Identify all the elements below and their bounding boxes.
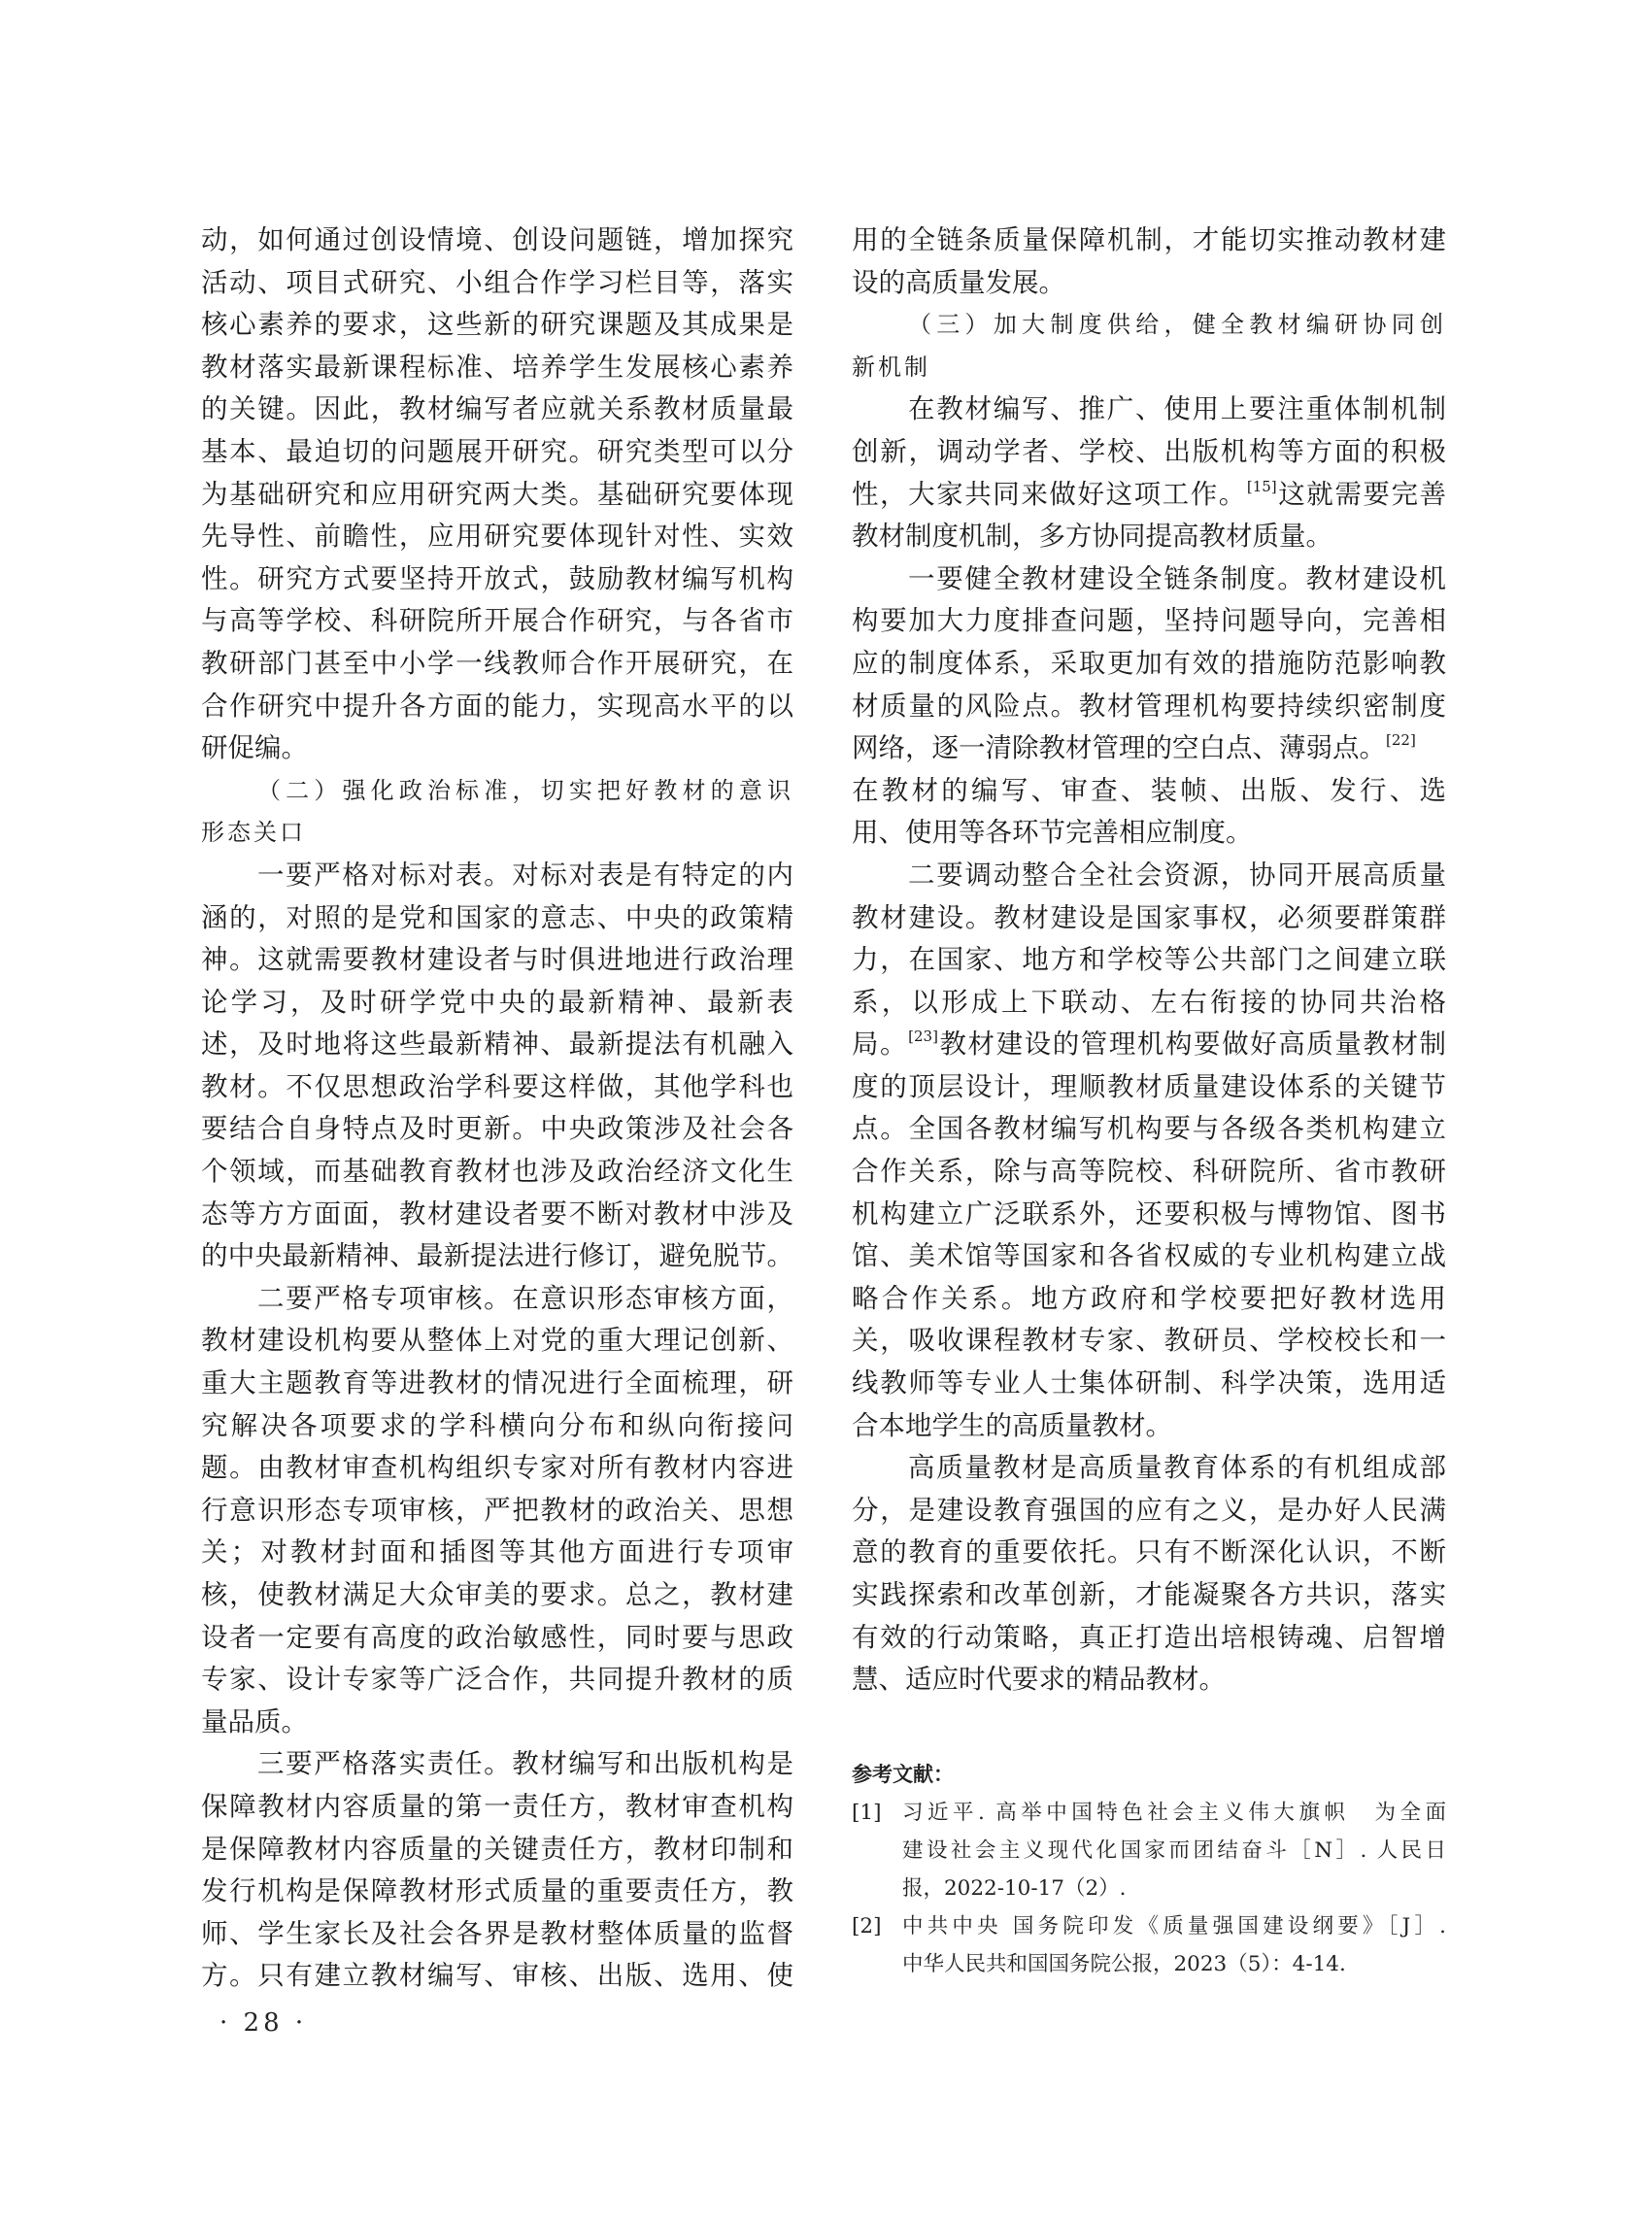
body-text-line: 度的顶层设计，理顺教材质量建设体系的关键节 [852, 1066, 1446, 1109]
reference-text: 习近平. 高举中国特色社会主义伟大旗帜 为全面 [902, 1794, 1446, 1832]
body-text-line: 神。这就需要教材建设者与时俱进地进行政治理 [201, 939, 793, 982]
body-text-line: 一要健全教材建设全链条制度。教材建设机 [852, 558, 1446, 601]
body-text-line: 为基础研究和应用研究两大类。基础研究要体现 [201, 474, 793, 517]
body-text-line: 意的教育的重要依托。只有不断深化认识，不断 [852, 1532, 1446, 1574]
text-segment: 这就需要完善 [1277, 479, 1446, 510]
body-text-line: 要结合自身特点及时更新。中央政策涉及社会各 [201, 1108, 793, 1151]
text-segment: 性，大家共同来做好这项工作。 [852, 479, 1247, 510]
body-text-line: 保障教材内容质量的第一责任方，教材审查机构 [201, 1786, 793, 1829]
body-text-line: 行意识形态专项审核，严把教材的政治关、思想 [201, 1490, 793, 1533]
citation-marker[interactable]: [23] [908, 1028, 938, 1045]
body-text-line: 量品质。 [201, 1702, 793, 1744]
references-section: 参考文献： [1] 习近平. 高举中国特色社会主义伟大旗帜 为全面 建设社会主义… [852, 1755, 1446, 1983]
body-text-line: 合本地学生的高质量教材。 [852, 1405, 1446, 1448]
body-text-line: 个领域，而基础教育教材也涉及政治经济文化生 [201, 1151, 793, 1194]
body-text-line: 究解决各项要求的学科横向分布和纵向衔接问 [201, 1405, 793, 1448]
left-column: 动，如何通过创设情境、创设问题链，增加探究活动、项目式研究、小组合作学习栏目等，… [201, 219, 793, 1998]
body-text-line: 设者一定要有高度的政治敏感性，同时要与思政 [201, 1617, 793, 1660]
page-number: · 28 · [219, 2008, 307, 2038]
body-text-line: 二要严格专项审核。在意识形态审核方面， [201, 1278, 793, 1321]
body-text-line: 教研部门甚至中小学一线教师合作开展研究，在 [201, 643, 793, 686]
section-heading-line: 形态关口 [201, 812, 793, 855]
body-text-line: 师、学生家长及社会各界是教材整体质量的监督 [201, 1913, 793, 1956]
body-text-line: 核，使教材满足大众审美的要求。总之，教材建 [201, 1574, 793, 1617]
body-text-line: 实践探索和改革创新，才能凝聚各方共识，落实 [852, 1574, 1446, 1617]
body-text-line: 教材。不仅思想政治学科要这样做，其他学科也 [201, 1066, 793, 1109]
body-text-line: 专家、设计专家等广泛合作，共同提升教材的质 [201, 1659, 793, 1702]
body-text-line: 述，及时地将这些最新精神、最新提法有机融入 [201, 1024, 793, 1066]
citation-marker[interactable]: [15] [1247, 478, 1277, 495]
reference-item-1-line-1: [1] 习近平. 高举中国特色社会主义伟大旗帜 为全面 [852, 1794, 1446, 1832]
body-text-line: 题。由教材审查机构组织专家对所有教材内容进 [201, 1447, 793, 1490]
body-text-line: 网络，逐一清除教材管理的空白点、薄弱点。[22] [852, 727, 1446, 770]
body-text-line: 有效的行动策略，真正打造出培根铸魂、启智增 [852, 1617, 1446, 1660]
body-text-line: 材质量的风险点。教材管理机构要持续织密制度 [852, 686, 1446, 728]
reference-item-1-line-2: 建设社会主义现代化国家而团结奋斗［N］. 人民日 [852, 1832, 1446, 1870]
body-text-line: 论学习，及时研学党中央的最新精神、最新表 [201, 982, 793, 1025]
body-text-line: 力，在国家、地方和学校等公共部门之间建立联 [852, 939, 1446, 982]
body-text-line: 重大主题教育等进教材的情况进行全面梳理，研 [201, 1363, 793, 1405]
right-column: 用的全链条质量保障机制，才能切实推动教材建设的高质量发展。（三）加大制度供给，健… [852, 219, 1446, 1702]
reference-number: [2] [852, 1907, 902, 1945]
body-text-line: 创新，调动学者、学校、出版机构等方面的积极 [852, 431, 1446, 474]
body-text-line: 一要严格对标对表。对标对表是有特定的内 [201, 855, 793, 897]
body-text-line: 是保障教材内容质量的关键责任方，教材印制和 [201, 1829, 793, 1871]
body-text-line: 的中央最新精神、最新提法进行修订，避免脱节。 [201, 1235, 793, 1278]
body-text-line: 在教材编写、推广、使用上要注重体制机制 [852, 388, 1446, 431]
body-text-line: 先导性、前瞻性，应用研究要体现针对性、实效 [201, 516, 793, 558]
body-text-line: 在教材的编写、审查、装帧、出版、发行、选 [852, 770, 1446, 813]
body-text-line: 基本、最迫切的问题展开研究。研究类型可以分 [201, 431, 793, 474]
body-text-line: 研促编。 [201, 727, 793, 770]
body-text-line: 用、使用等各环节完善相应制度。 [852, 812, 1446, 855]
body-text-line: 动，如何通过创设情境、创设问题链，增加探究 [201, 219, 793, 262]
body-text-line: 机构建立广泛联系外，还要积极与博物馆、图书 [852, 1194, 1446, 1236]
reference-item-2-line-2: 中华人民共和国国务院公报，2023（5）：4-14. [852, 1945, 1446, 1983]
body-text-line: 核心素养的要求，这些新的研究课题及其成果是 [201, 304, 793, 347]
body-text-line: 性，大家共同来做好这项工作。[15]这就需要完善 [852, 474, 1446, 517]
body-text-line: 涵的，对照的是党和国家的意志、中央的政策精 [201, 897, 793, 940]
body-text-line: 馆、美术馆等国家和各省权威的专业机构建立战 [852, 1235, 1446, 1278]
body-text-line: 关，吸收课程教材专家、教研员、学校校长和一 [852, 1320, 1446, 1363]
body-text-line: 关；对教材封面和插图等其他方面进行专项审 [201, 1532, 793, 1574]
body-text-line: 方。只有建立教材编写、审核、出版、选用、使 [201, 1955, 793, 1998]
body-text-line: 慧、适应时代要求的精品教材。 [852, 1659, 1446, 1702]
body-text-line: 高质量教材是高质量教育体系的有机组成部 [852, 1447, 1446, 1490]
body-text-line: 合作研究中提升各方面的能力，实现高水平的以 [201, 686, 793, 728]
reference-text: 中共中央 国务院印发《质量强国建设纲要》［J］. [902, 1907, 1446, 1945]
text-segment: 网络，逐一清除教材管理的空白点、薄弱点。 [852, 732, 1386, 763]
citation-marker[interactable]: [22] [1386, 731, 1416, 749]
reference-item-1-line-3: 报，2022-10-17（2）. [852, 1870, 1446, 1907]
body-text-line: 局。[23]教材建设的管理机构要做好高质量教材制 [852, 1024, 1446, 1066]
body-text-line: 用的全链条质量保障机制，才能切实推动教材建 [852, 219, 1446, 262]
body-text-line: 性。研究方式要坚持开放式，鼓励教材编写机构 [201, 558, 793, 601]
body-text-line: 的关键。因此，教材编写者应就关系教材质量最 [201, 388, 793, 431]
reference-number: [1] [852, 1794, 902, 1832]
reference-item-2-line-1: [2] 中共中央 国务院印发《质量强国建设纲要》［J］. [852, 1907, 1446, 1945]
body-text-line: 略合作关系。地方政府和学校要把好教材选用 [852, 1278, 1446, 1321]
body-text-line: 二要调动整合全社会资源，协同开展高质量 [852, 855, 1446, 897]
body-text-line: 教材落实最新课程标准、培养学生发展核心素养 [201, 347, 793, 389]
references-title: 参考文献： [852, 1755, 1446, 1794]
text-segment: 局。 [852, 1028, 908, 1060]
body-text-line: 活动、项目式研究、小组合作学习栏目等，落实 [201, 262, 793, 305]
section-heading-line: （二）强化政治标准，切实把好教材的意识 [201, 770, 793, 813]
body-text-line: 教材制度机制，多方协同提高教材质量。 [852, 516, 1446, 558]
section-heading-line: （三）加大制度供给，健全教材编研协同创 [852, 304, 1446, 347]
section-heading-line: 新机制 [852, 347, 1446, 389]
text-segment: 教材建设的管理机构要做好高质量教材制 [938, 1028, 1446, 1060]
body-text-line: 态等方方面面，教材建设者要不断对教材中涉及 [201, 1194, 793, 1236]
body-text-line: 三要严格落实责任。教材编写和出版机构是 [201, 1743, 793, 1786]
body-text-line: 分，是建设教育强国的应有之义，是办好人民满 [852, 1490, 1446, 1533]
body-text-line: 系，以形成上下联动、左右衔接的协同共治格 [852, 982, 1446, 1025]
body-text-line: 构要加大力度排查问题，坚持问题导向，完善相 [852, 600, 1446, 643]
body-text-line: 与高等学校、科研院所开展合作研究，与各省市 [201, 600, 793, 643]
body-text-line: 教材建设。教材建设是国家事权，必须要群策群 [852, 897, 1446, 940]
body-text-line: 合作关系，除与高等院校、科研院所、省市教研 [852, 1151, 1446, 1194]
body-text-line: 应的制度体系，采取更加有效的措施防范影响教 [852, 643, 1446, 686]
body-text-line: 发行机构是保障教材形式质量的重要责任方，教 [201, 1871, 793, 1913]
body-text-line: 线教师等专业人士集体研制、科学决策，选用适 [852, 1363, 1446, 1405]
body-text-line: 设的高质量发展。 [852, 262, 1446, 305]
body-text-line: 教材建设机构要从整体上对党的重大理记创新、 [201, 1320, 793, 1363]
body-text-line: 点。全国各教材编写机构要与各级各类机构建立 [852, 1108, 1446, 1151]
